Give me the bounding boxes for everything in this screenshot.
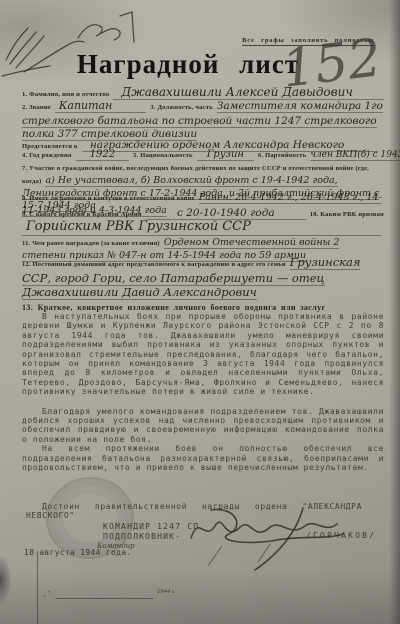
- field-home-address-label: 12. Постоянный домашний адрес представля…: [22, 261, 286, 268]
- field-home-address: 12. Постоянный домашний адрес представля…: [22, 255, 384, 299]
- signature-date-line: 18 августа 1944 года.: [24, 548, 131, 557]
- field-name: 1. Фамилия, имя и отчество Джавахишвили …: [22, 85, 384, 100]
- footer-rule-line: [56, 598, 153, 599]
- field-party-value: член ВКП(б) с 1943 г.: [310, 150, 400, 161]
- right-edge-shadow: [389, 0, 400, 624]
- left-edge-smudge: [0, 556, 11, 604]
- field-drafted-by-value: Горийским РВК Грузинской ССР: [22, 219, 381, 236]
- field-drafted-by: Горийским РВК Грузинской ССР: [22, 217, 384, 235]
- field-rank-label: 2. Звание: [22, 104, 51, 111]
- field-birth-nationality-party: 4. Год рождения 1922 5. Национальность Г…: [22, 149, 384, 161]
- field-previous-awards-label: 11. Чем ранее награжден (за какие отличи…: [22, 240, 160, 247]
- field-nationality-value: Грузин: [197, 149, 254, 161]
- field-name-value: Джавахишвили Алексей Давыдович: [113, 85, 384, 100]
- field-name-label: 1. Фамилия, имя и отчество: [22, 91, 109, 98]
- citation-paragraph-2: Благодаря умелого командования подраздел…: [22, 407, 384, 445]
- footer-year-label: 1944 г.: [157, 588, 176, 595]
- citation-paragraph-3: На всем протяжении боев он полностью обе…: [22, 444, 384, 472]
- stray-pen-strokes: [200, 540, 290, 570]
- award-sheet-scan: Все графы заполнять полностью Наградной …: [0, 0, 400, 624]
- field-birth-year-value: 1922: [76, 149, 129, 161]
- field-party-label: 6. Партийность: [258, 152, 306, 159]
- field-rank-value: Капитан: [55, 99, 146, 113]
- citation-text: В наступательных боях при прорыве оборон…: [22, 312, 384, 473]
- field-position-label: 3. Должность, часть: [150, 104, 213, 111]
- citation-heading-label: 13. Краткое, конкретное изложение личног…: [22, 303, 326, 312]
- citation-paragraph-1: В наступательных боях при прорыве оборон…: [22, 312, 384, 397]
- commander-rank-line: ПОДПОЛКОВНИК-: [103, 532, 181, 541]
- field-wounds-label: 8. Имеет ли ранения и контузии в отечест…: [22, 195, 195, 202]
- field-nationality-label: 5. Национальность: [133, 152, 193, 159]
- field-birth-year-label: 4. Год рождения: [22, 152, 72, 159]
- left-margin-line: [37, 551, 38, 624]
- bottom-edge-shadow: [0, 569, 400, 624]
- footer-quote-marks: „ ": [43, 590, 51, 598]
